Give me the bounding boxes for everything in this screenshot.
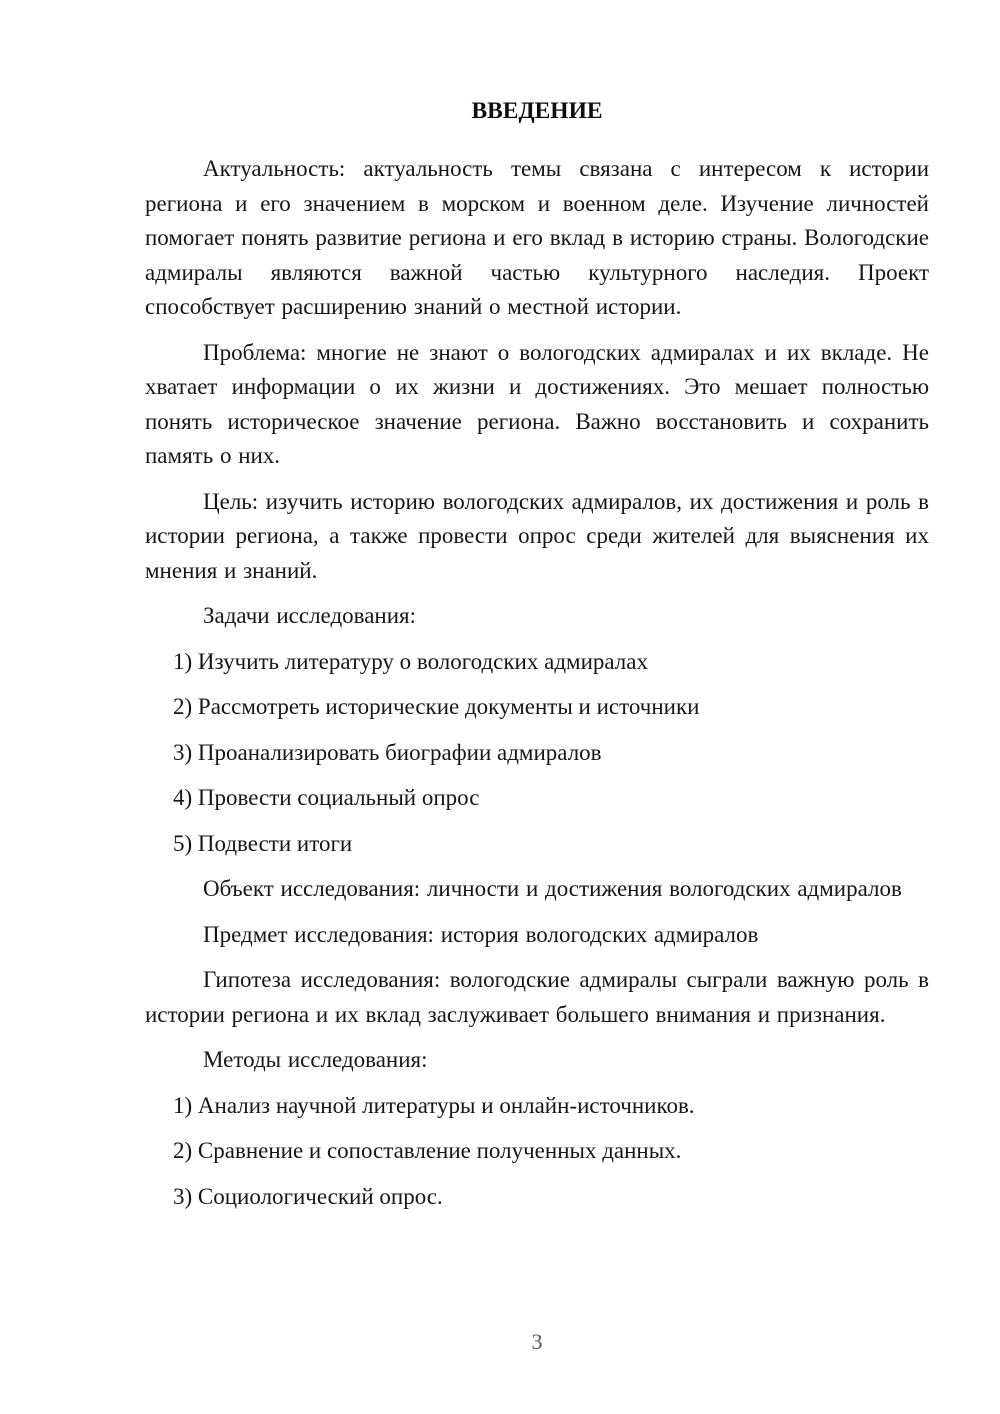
task-item-4: 4) Провести социальный опрос [145,781,929,816]
method-item-3: 3) Социологический опрос. [145,1180,929,1215]
section-title: ВВЕДЕНИЕ [145,96,929,126]
methods-heading: Методы исследования: [145,1043,929,1078]
paragraph-relevance: Актуальность: актуальность темы связана … [145,152,929,325]
paragraph-subject: Предмет исследования: история вологодски… [145,918,929,953]
task-item-1: 1) Изучить литературу о вологодских адми… [145,645,929,680]
paragraph-hypothesis: Гипотеза исследования: вологодские адмир… [145,963,929,1032]
paragraph-object: Объект исследования: личности и достижен… [145,872,929,907]
task-item-2: 2) Рассмотреть исторические документы и … [145,690,929,725]
task-item-5: 5) Подвести итоги [145,827,929,862]
page-number: 3 [145,1328,929,1356]
method-item-1: 1) Анализ научной литературы и онлайн-ис… [145,1089,929,1124]
document-page: ВВЕДЕНИЕ Актуальность: актуальность темы… [145,96,929,1225]
method-item-2: 2) Сравнение и сопоставление полученных … [145,1134,929,1169]
tasks-heading: Задачи исследования: [145,599,929,634]
paragraph-problem: Проблема: многие не знают о вологодских … [145,336,929,474]
paragraph-goal: Цель: изучить историю вологодских адмира… [145,485,929,589]
task-item-3: 3) Проанализировать биографии адмиралов [145,736,929,771]
